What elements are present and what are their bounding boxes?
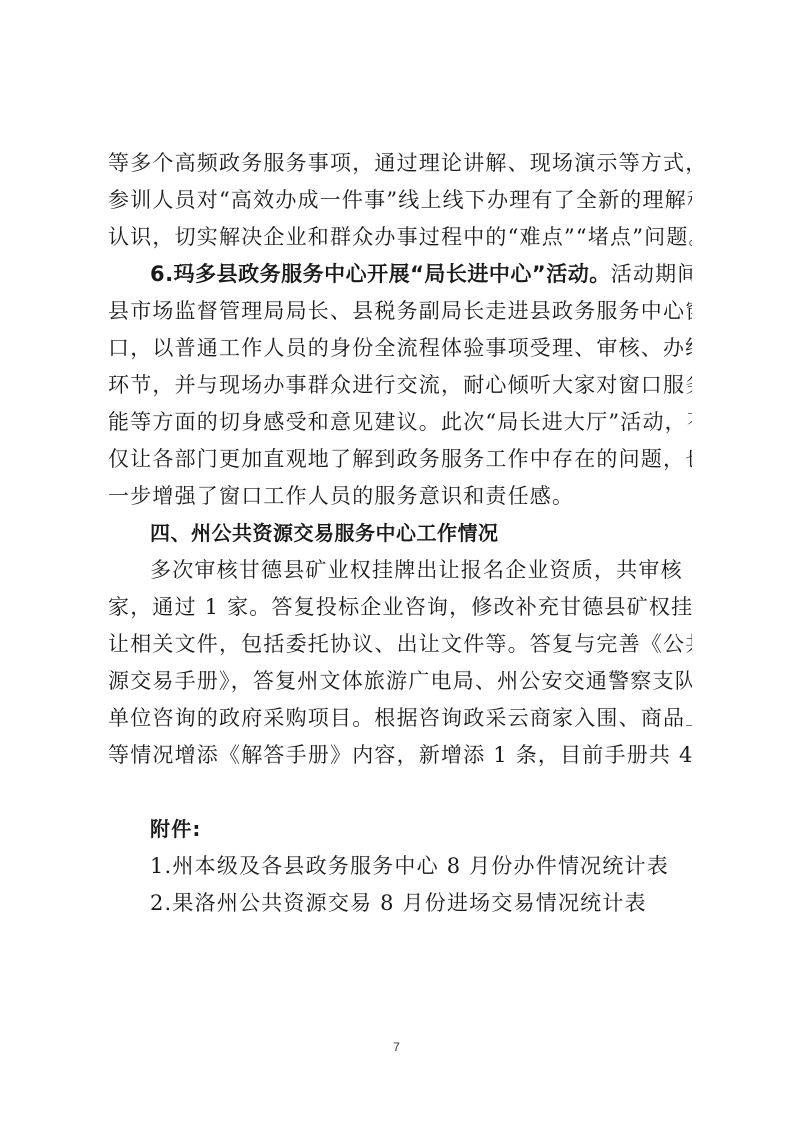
blank-line (108, 774, 692, 811)
paragraph-line: 单位咨询的政府采购项目。根据咨询政采云商家入围、商品上架 (108, 700, 692, 737)
item6-first-line-text: 活动期间， (611, 262, 692, 286)
paragraph-line: 等多个高频政务服务事项，通过理论讲解、现场演示等方式，让 (108, 145, 692, 182)
paragraph-line: 口，以普通工作人员的身份全流程体验事项受理、审核、办结等 (108, 330, 692, 367)
paragraph-line: 仅让各部门更加直观地了解到政务服务工作中存在的问题，也进 (108, 441, 692, 478)
attachment-item: 1.州本级及各县政务服务中心 8 月份办件情况统计表 (108, 848, 692, 885)
paragraph-line: 县市场监督管理局局长、县税务副局长走进县政务服务中心窗 (108, 293, 692, 330)
page-number: 7 (0, 1040, 793, 1054)
document-page: 等多个高频政务服务事项，通过理论讲解、现场演示等方式，让 参训人员对“高效办成一… (108, 145, 692, 922)
paragraph-line: 认识，切实解决企业和群众办事过程中的“难点”“堵点”问题。 (108, 219, 692, 256)
paragraph-line: 参训人员对“高效办成一件事”线上线下办理有了全新的理解和 (108, 182, 692, 219)
attachments-title: 附件: (108, 811, 692, 848)
paragraph-line: 家，通过 1 家。答复投标企业咨询，修改补充甘德县矿权挂牌出 (108, 589, 692, 626)
paragraph-line: 一步增强了窗口工作人员的服务意识和责任感。 (108, 478, 692, 515)
section-heading: 四、州公共资源交易服务中心工作情况 (108, 515, 692, 552)
paragraph-line: 多次审核甘德县矿业权挂牌出让报名企业资质，共审核 2 (108, 552, 692, 589)
attachment-item: 2.果洛州公共资源交易 8 月份进场交易情况统计表 (108, 885, 692, 922)
item6-title: 6.玛多县政务服务中心开展“局长进中心”活动。 (150, 262, 611, 286)
item6-first-line: 6.玛多县政务服务中心开展“局长进中心”活动。活动期间， (108, 256, 692, 293)
paragraph-line: 源交易手册》，答复州文体旅游广电局、州公安交通警察支队等 (108, 663, 692, 700)
paragraph-line: 等情况增添《解答手册》内容，新增添 1 条，目前手册共 40 条。 (108, 737, 692, 774)
paragraph-line: 让相关文件，包括委托协议、出让文件等。答复与完善《公共资 (108, 626, 692, 663)
paragraph-line: 环节，并与现场办事群众进行交流，耐心倾听大家对窗口服务效 (108, 367, 692, 404)
paragraph-line: 能等方面的切身感受和意见建议。此次“局长进大厅”活动，不 (108, 404, 692, 441)
